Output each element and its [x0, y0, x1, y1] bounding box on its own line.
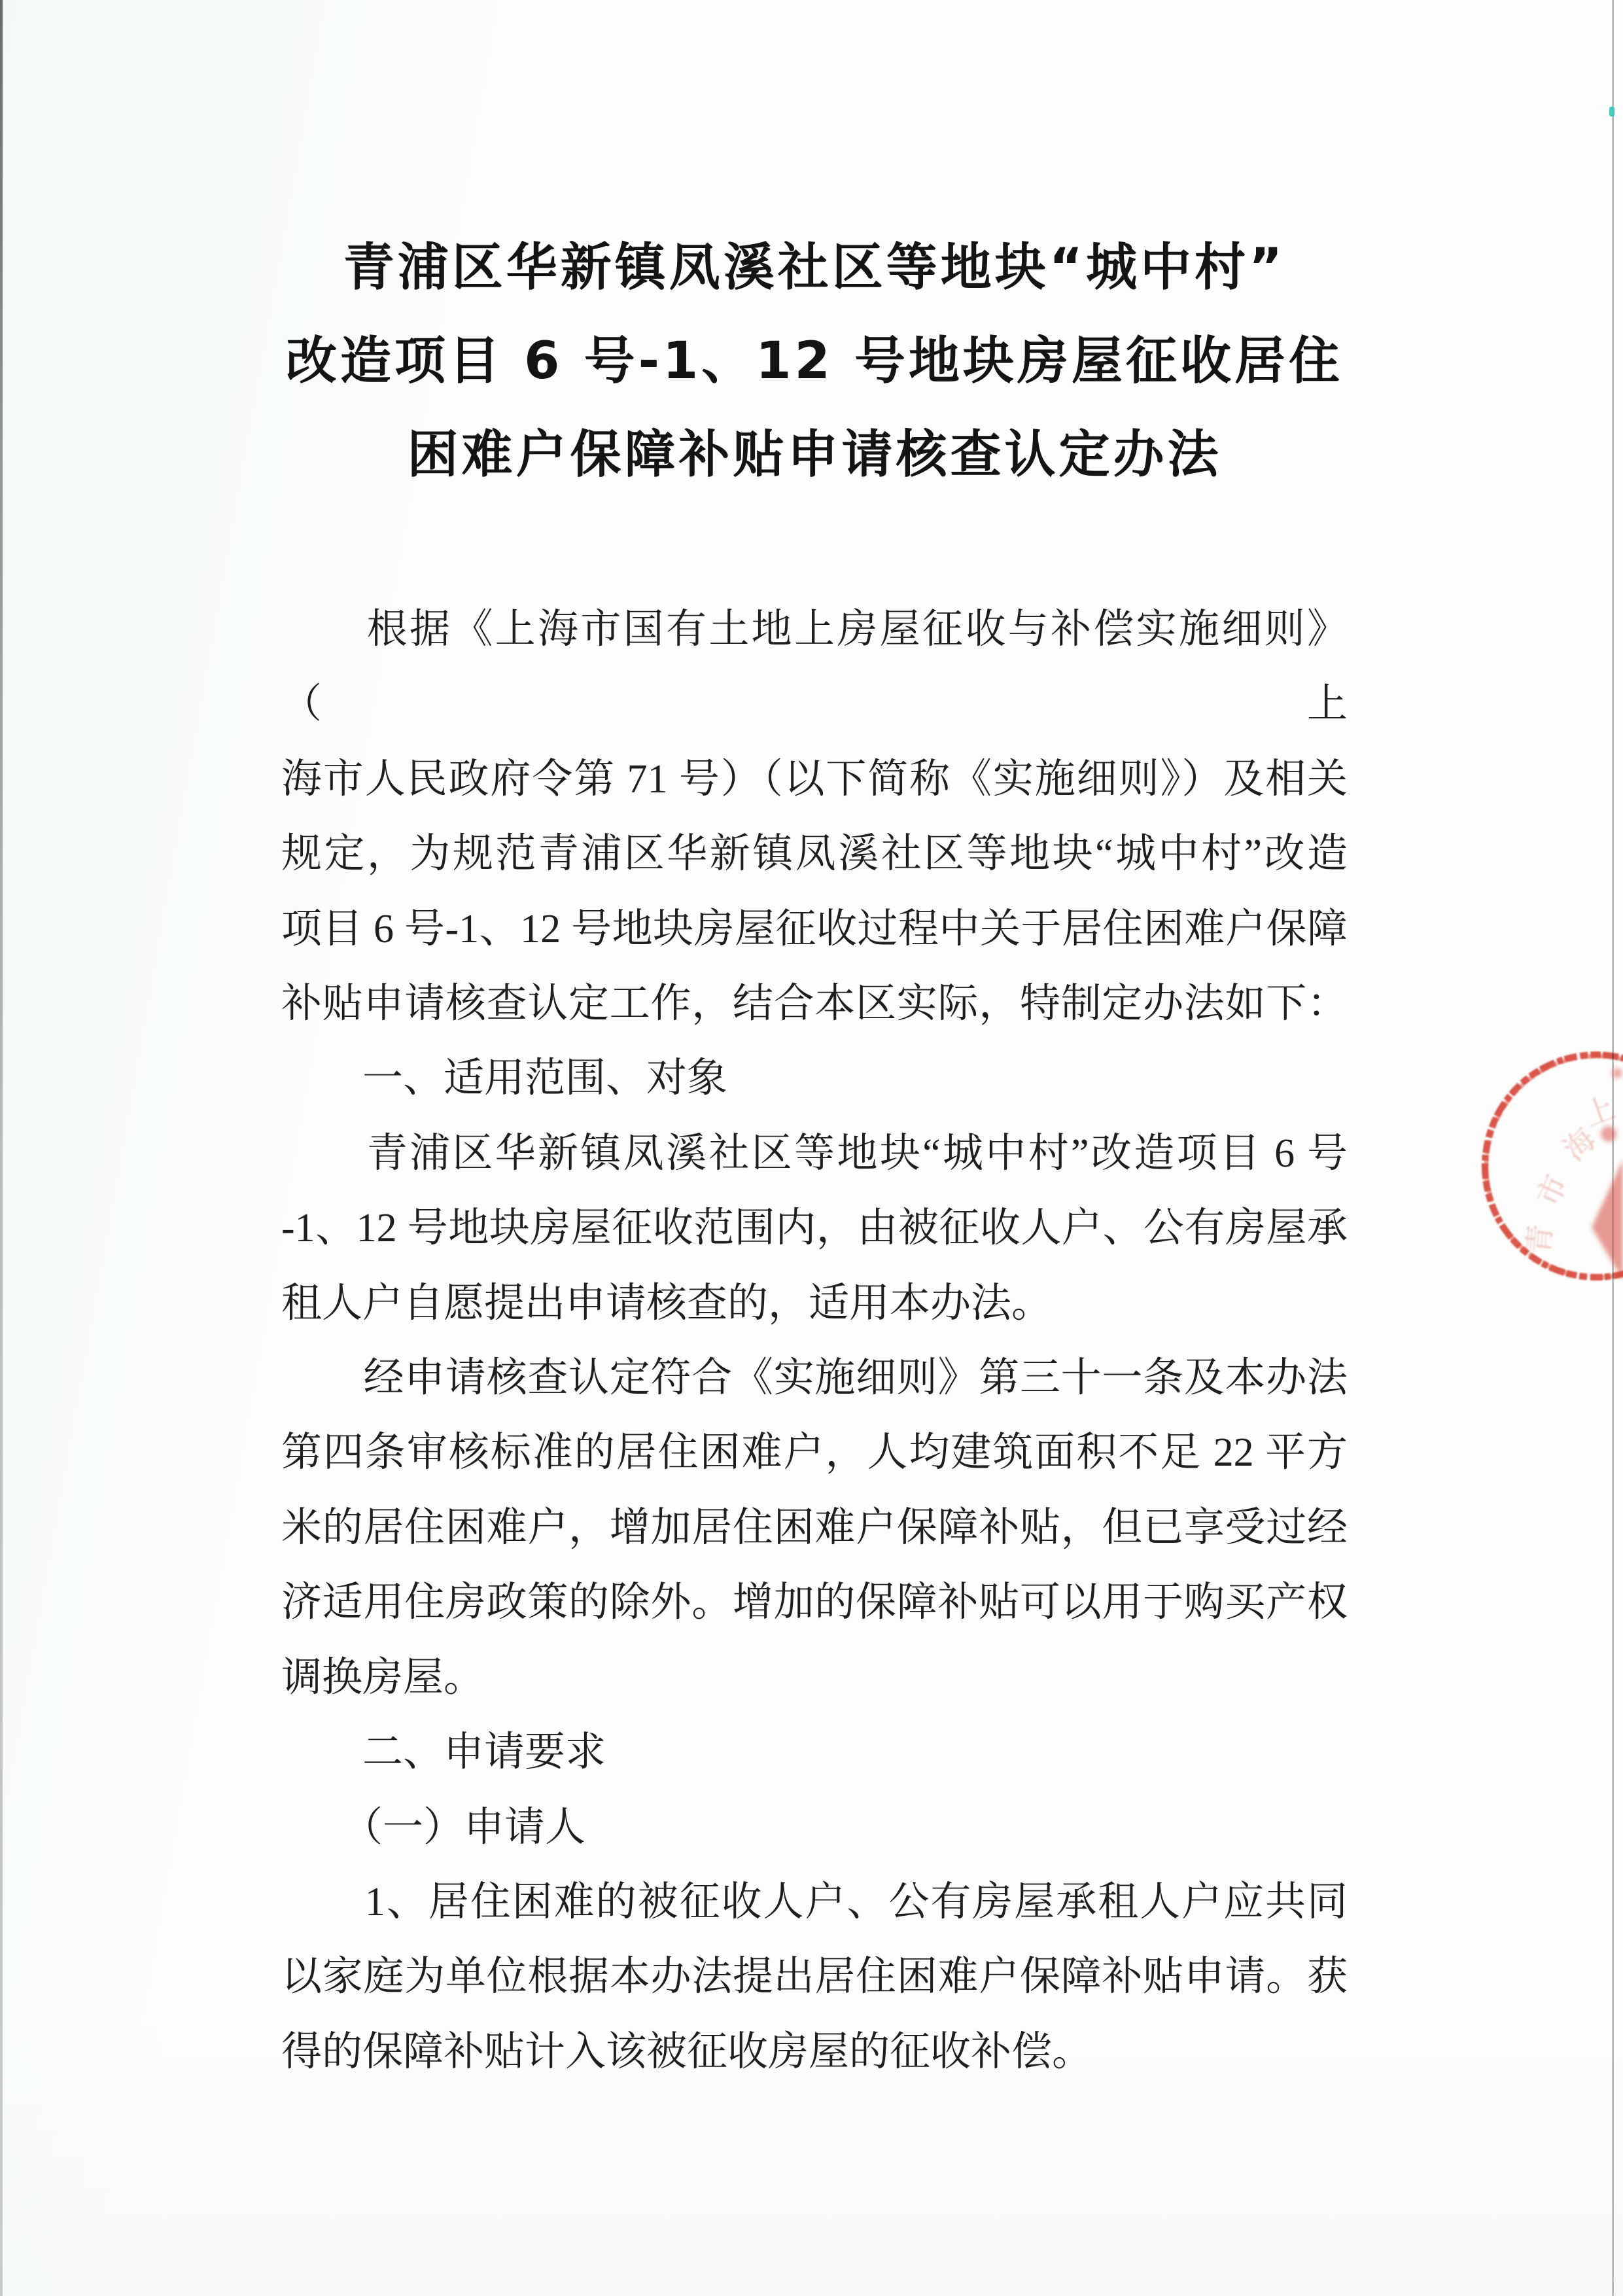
body-line: 租人户自愿提出申请核查的，适用本办法。 [281, 1266, 1348, 1341]
body-line: 济适用住房政策的除外。增加的保障补贴可以用于购买产权 [281, 1565, 1348, 1640]
title-line-3: 困难户保障补贴申请核查认定办法 [281, 408, 1348, 502]
body-line: 经申请核查认定符合《实施细则》第三十一条及本办法 [281, 1341, 1348, 1415]
body-line: 补贴申请核查认定工作，结合本区实际，特制定办法如下： [281, 966, 1348, 1041]
document-title: 青浦区华新镇凤溪社区等地块“城中村” 改造项目 6 号-1、12 号地块房屋征收… [281, 221, 1348, 502]
body-line: 得的保障补贴计入该被征收房屋的征收补偿。 [281, 2015, 1348, 2089]
title-line-2: 改造项目 6 号-1、12 号地块房屋征收居住 [281, 315, 1348, 408]
scan-left-edge-line [0, 0, 3, 2296]
body-line: 项目 6 号-1、12 号地块房屋征收过程中关于居住困难户保障 [281, 892, 1348, 966]
body-line: 1、居住困难的被征收人户、公有房屋承租人户应共同 [281, 1865, 1348, 1939]
body-line: 调换房屋。 [281, 1640, 1348, 1715]
body-line: 以家庭为单位根据本办法提出居住困难户保障补贴申请。获 [281, 1939, 1348, 2014]
body-line: 规定，为规范青浦区华新镇凤溪社区等地块“城中村”改造 [281, 817, 1348, 891]
seal-glyph: 上 [1580, 1091, 1620, 1133]
body-line: 青浦区华新镇凤溪社区等地块“城中村”改造项目 6 号 [281, 1116, 1348, 1191]
body-heading-line: 二、申请要求 [281, 1715, 1348, 1790]
seal-glyph: 青 [1522, 1223, 1558, 1256]
title-line-1: 青浦区华新镇凤溪社区等地块“城中村” [281, 221, 1348, 315]
body-heading-line: 一、适用范围、对象 [281, 1041, 1348, 1116]
seal-glyph: 市 [1531, 1170, 1573, 1211]
scanned-document-page: 青浦区华新镇凤溪社区等地块“城中村” 改造项目 6 号-1、12 号地块房屋征收… [0, 0, 1623, 2296]
body-heading-line: （一）申请人 [281, 1790, 1348, 1865]
body-line: -1、12 号地块房屋征收范围内，由被征收人户、公有房屋承 [281, 1191, 1348, 1265]
body-line: 米的居住困难户，增加居住困难户保障补贴，但已享受过经 [281, 1491, 1348, 1565]
scan-teal-mark [1609, 107, 1614, 116]
body-line: 海市人民政府令第 71 号）（以下简称《实施细则》）及相关 [281, 742, 1348, 817]
body-line: 第四条审核标准的居住困难户，人均建筑面积不足 22 平方 [281, 1415, 1348, 1490]
red-official-seal: 上 海 市 青 [1400, 1008, 1623, 1322]
document-body: 根据《上海市国有土地上房屋征收与补偿实施细则》（上 海市人民政府令第 71 号）… [281, 592, 1348, 2089]
body-line: 根据《上海市国有土地上房屋征收与补偿实施细则》（上 [281, 592, 1348, 742]
